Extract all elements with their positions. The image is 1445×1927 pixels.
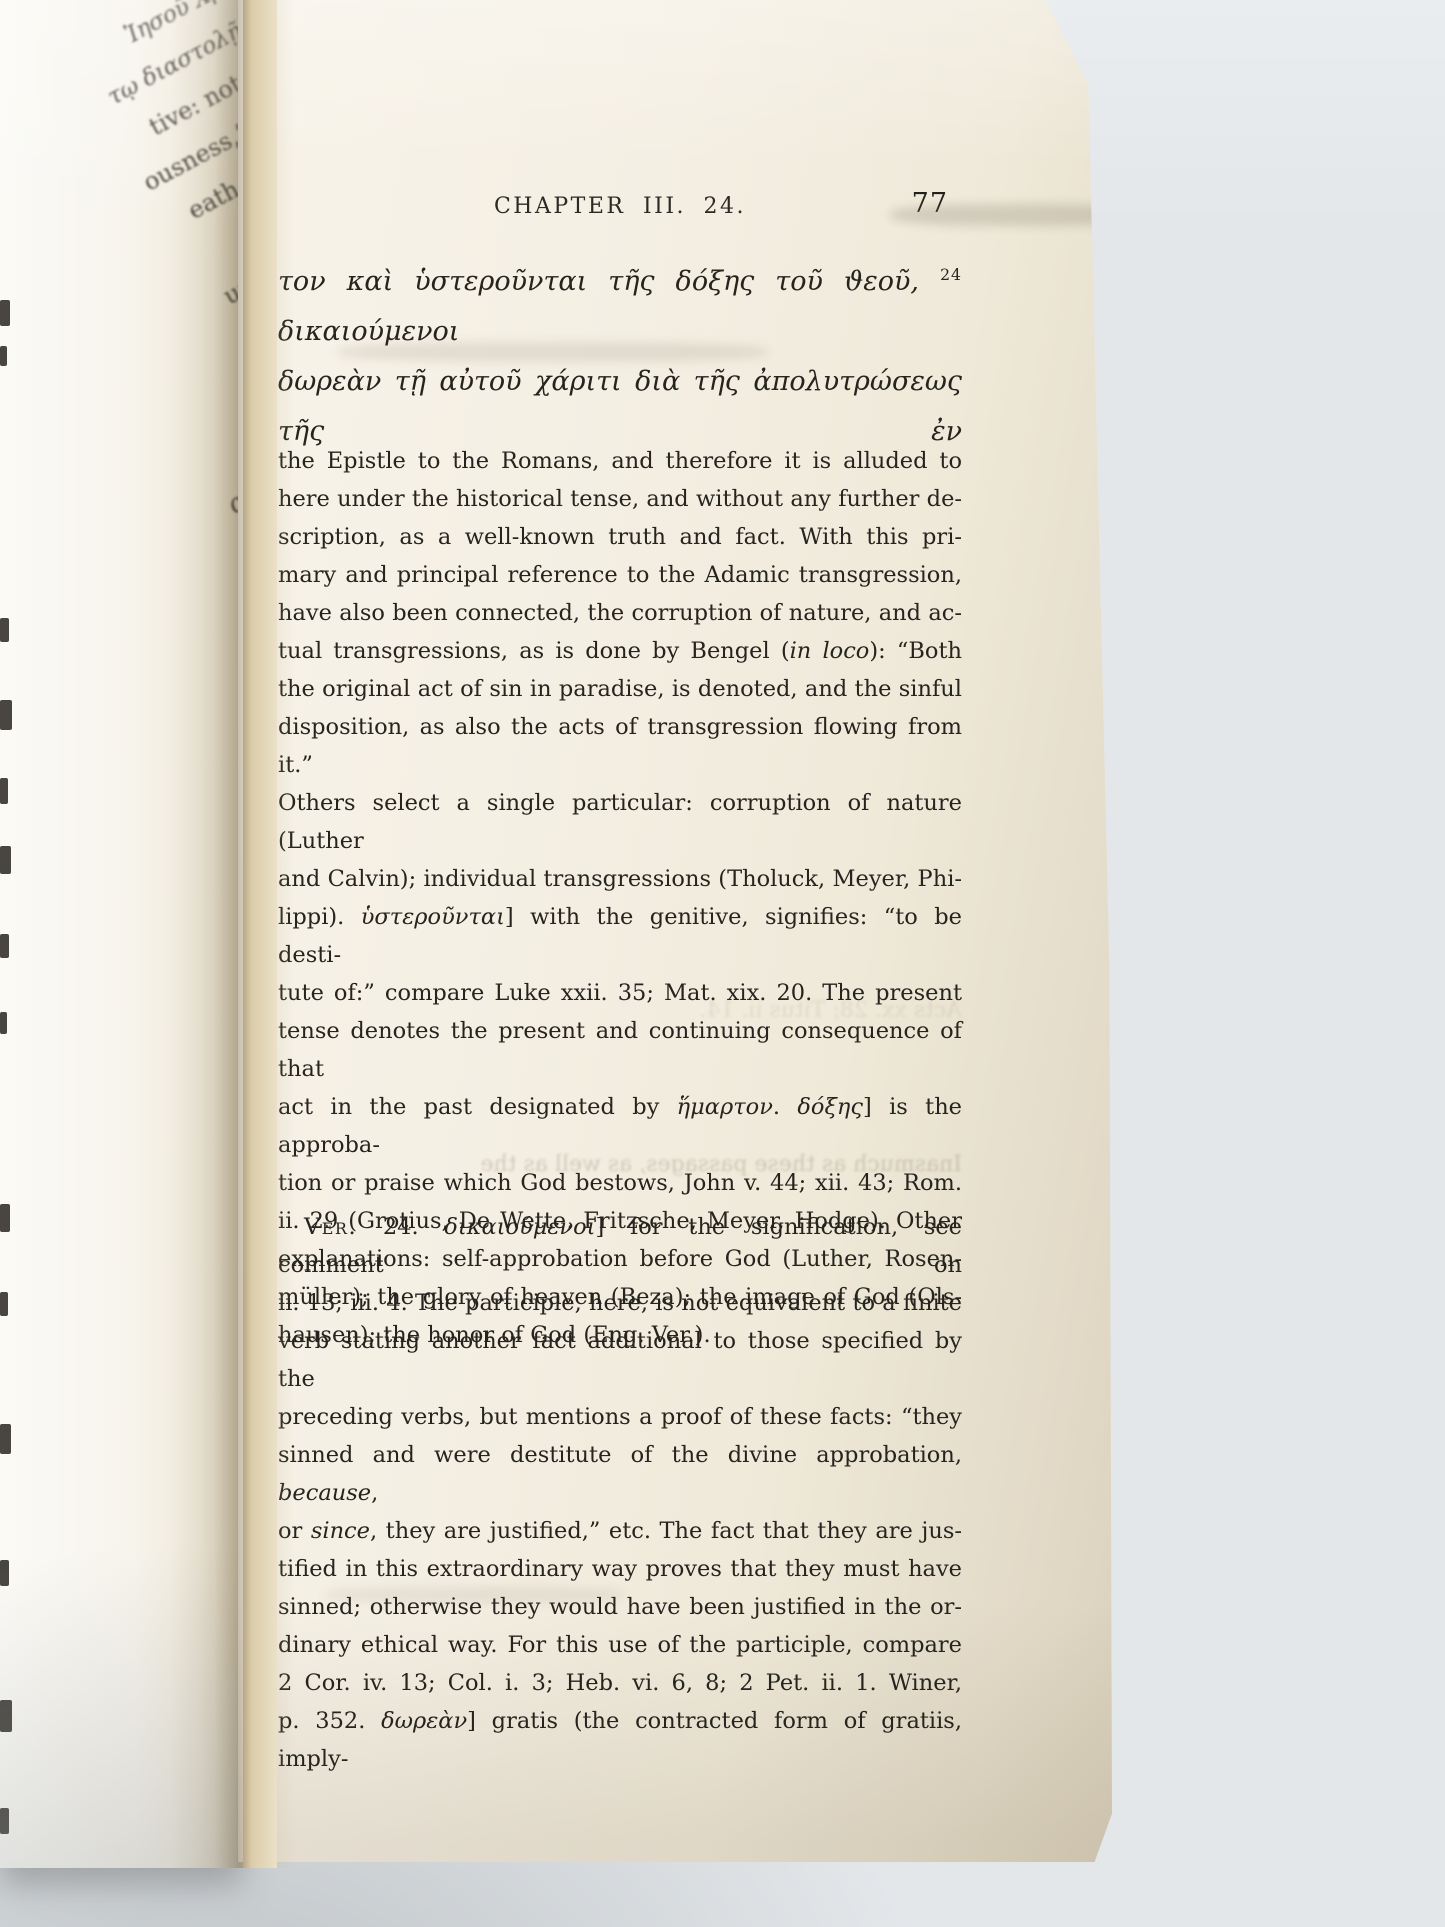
photo-background-bottom xyxy=(0,1868,1445,1927)
show-through-text: Acts xx. 28; Titus ii. 14. xyxy=(278,998,962,1023)
page-edge-ink-mark xyxy=(0,700,12,730)
text-line: scription, as a well-known truth and fac… xyxy=(278,518,962,556)
page-edge-ink-mark xyxy=(0,934,9,958)
commentary-paragraph-2: Ver. 24. δικαιούμενοι] for the significa… xyxy=(278,1208,962,1778)
greek-scripture-text: τον καὶ ὑστεροῦνται τῆς δόξης τοῦ ϑεοῦ, … xyxy=(278,250,962,457)
photo-background-right xyxy=(1112,0,1445,1927)
page-edge-ink-mark xyxy=(0,778,8,804)
page-edge-ink-mark xyxy=(0,1204,10,1232)
text-line: Others select a single particular: corru… xyxy=(278,784,962,860)
text-line: tified in this extraordinary way proves … xyxy=(278,1550,962,1588)
left-page-fragments: Ἰησοῦ Χριστοῦ, εἰς πάτῳ διαστολῇ· 21 πάν… xyxy=(0,0,243,1777)
page-edge-ink-mark xyxy=(0,1012,7,1034)
book-page-77: CHAPTER III. 24. 77 τον καὶ ὑστεροῦνται … xyxy=(238,0,1112,1862)
text-line: tual transgressions, as is done by Benge… xyxy=(278,632,962,670)
text-line: and Calvin); individual transgressions (… xyxy=(278,860,962,898)
text-line: tense denotes the present and continuing… xyxy=(278,1012,962,1088)
text-line: have also been connected, the corruption… xyxy=(278,594,962,632)
left-facing-page: ON ROMANS. Ἰησοῦ Χριστοῦ, εἰς πάτῳ διαστ… xyxy=(0,0,243,1868)
text-line: preceding verbs, but mentions a proof of… xyxy=(278,1398,962,1436)
page-edge-ink-mark xyxy=(0,1292,8,1316)
page-edge-ink-mark xyxy=(0,346,7,366)
text-line: the Epistle to the Romans, and therefore… xyxy=(278,442,962,480)
page-edge-ink-mark xyxy=(0,1424,11,1454)
text-line: verb stating another fact additional to … xyxy=(278,1322,962,1398)
page-edge-ink-mark xyxy=(0,1808,9,1834)
text-line: p. 352. δωρεὰν] gratis (the contracted f… xyxy=(278,1702,962,1778)
text-line: τον καὶ ὑστεροῦνται τῆς δόξης τοῦ ϑεοῦ, … xyxy=(278,250,962,357)
book-photo: ON ROMANS. Ἰησοῦ Χριστοῦ, εἰς πάτῳ διαστ… xyxy=(0,0,1445,1927)
text-line: dinary ethical way. For this use of the … xyxy=(278,1626,962,1664)
text-line: or since, they are justified,” etc. The … xyxy=(278,1512,962,1550)
text-line: 2 Cor. iv. 13; Col. i. 3; Heb. vi. 6, 8;… xyxy=(278,1664,962,1702)
page-edge-ink-mark xyxy=(0,846,11,874)
page-edge-ink-mark xyxy=(0,1560,9,1586)
text-line: disposition, as also the acts of transgr… xyxy=(278,708,962,784)
text-line: lippi). ὑστεροῦνται] with the genitive, … xyxy=(278,898,962,974)
text-line: sinned and were destitute of the divine … xyxy=(278,1436,962,1512)
text-line: the original act of sin in paradise, is … xyxy=(278,670,962,708)
page-edge-ink-mark xyxy=(0,300,10,326)
page-edge-ink-mark xyxy=(0,1700,12,1732)
ink-smudge xyxy=(890,204,1140,226)
chapter-heading: CHAPTER III. 24. xyxy=(278,194,962,219)
page-gutter-edge xyxy=(243,0,277,1868)
text-line: mary and principal reference to the Adam… xyxy=(278,556,962,594)
text-line: ii. 13; iii. 4. The participle, here, is… xyxy=(278,1284,962,1322)
text-line: sinned; otherwise they would have been j… xyxy=(278,1588,962,1626)
text-line: here under the historical tense, and wit… xyxy=(278,480,962,518)
left-page-rotated-text: ON ROMANS. Ἰησοῦ Χριστοῦ, εἰς πάτῳ διαστ… xyxy=(0,0,243,1777)
page-edge-ink-mark xyxy=(0,618,9,642)
text-line: Ver. 24. δικαιούμενοι] for the significa… xyxy=(278,1208,962,1284)
show-through-text: Inasmuch as these passages, as well as t… xyxy=(278,1152,962,1177)
